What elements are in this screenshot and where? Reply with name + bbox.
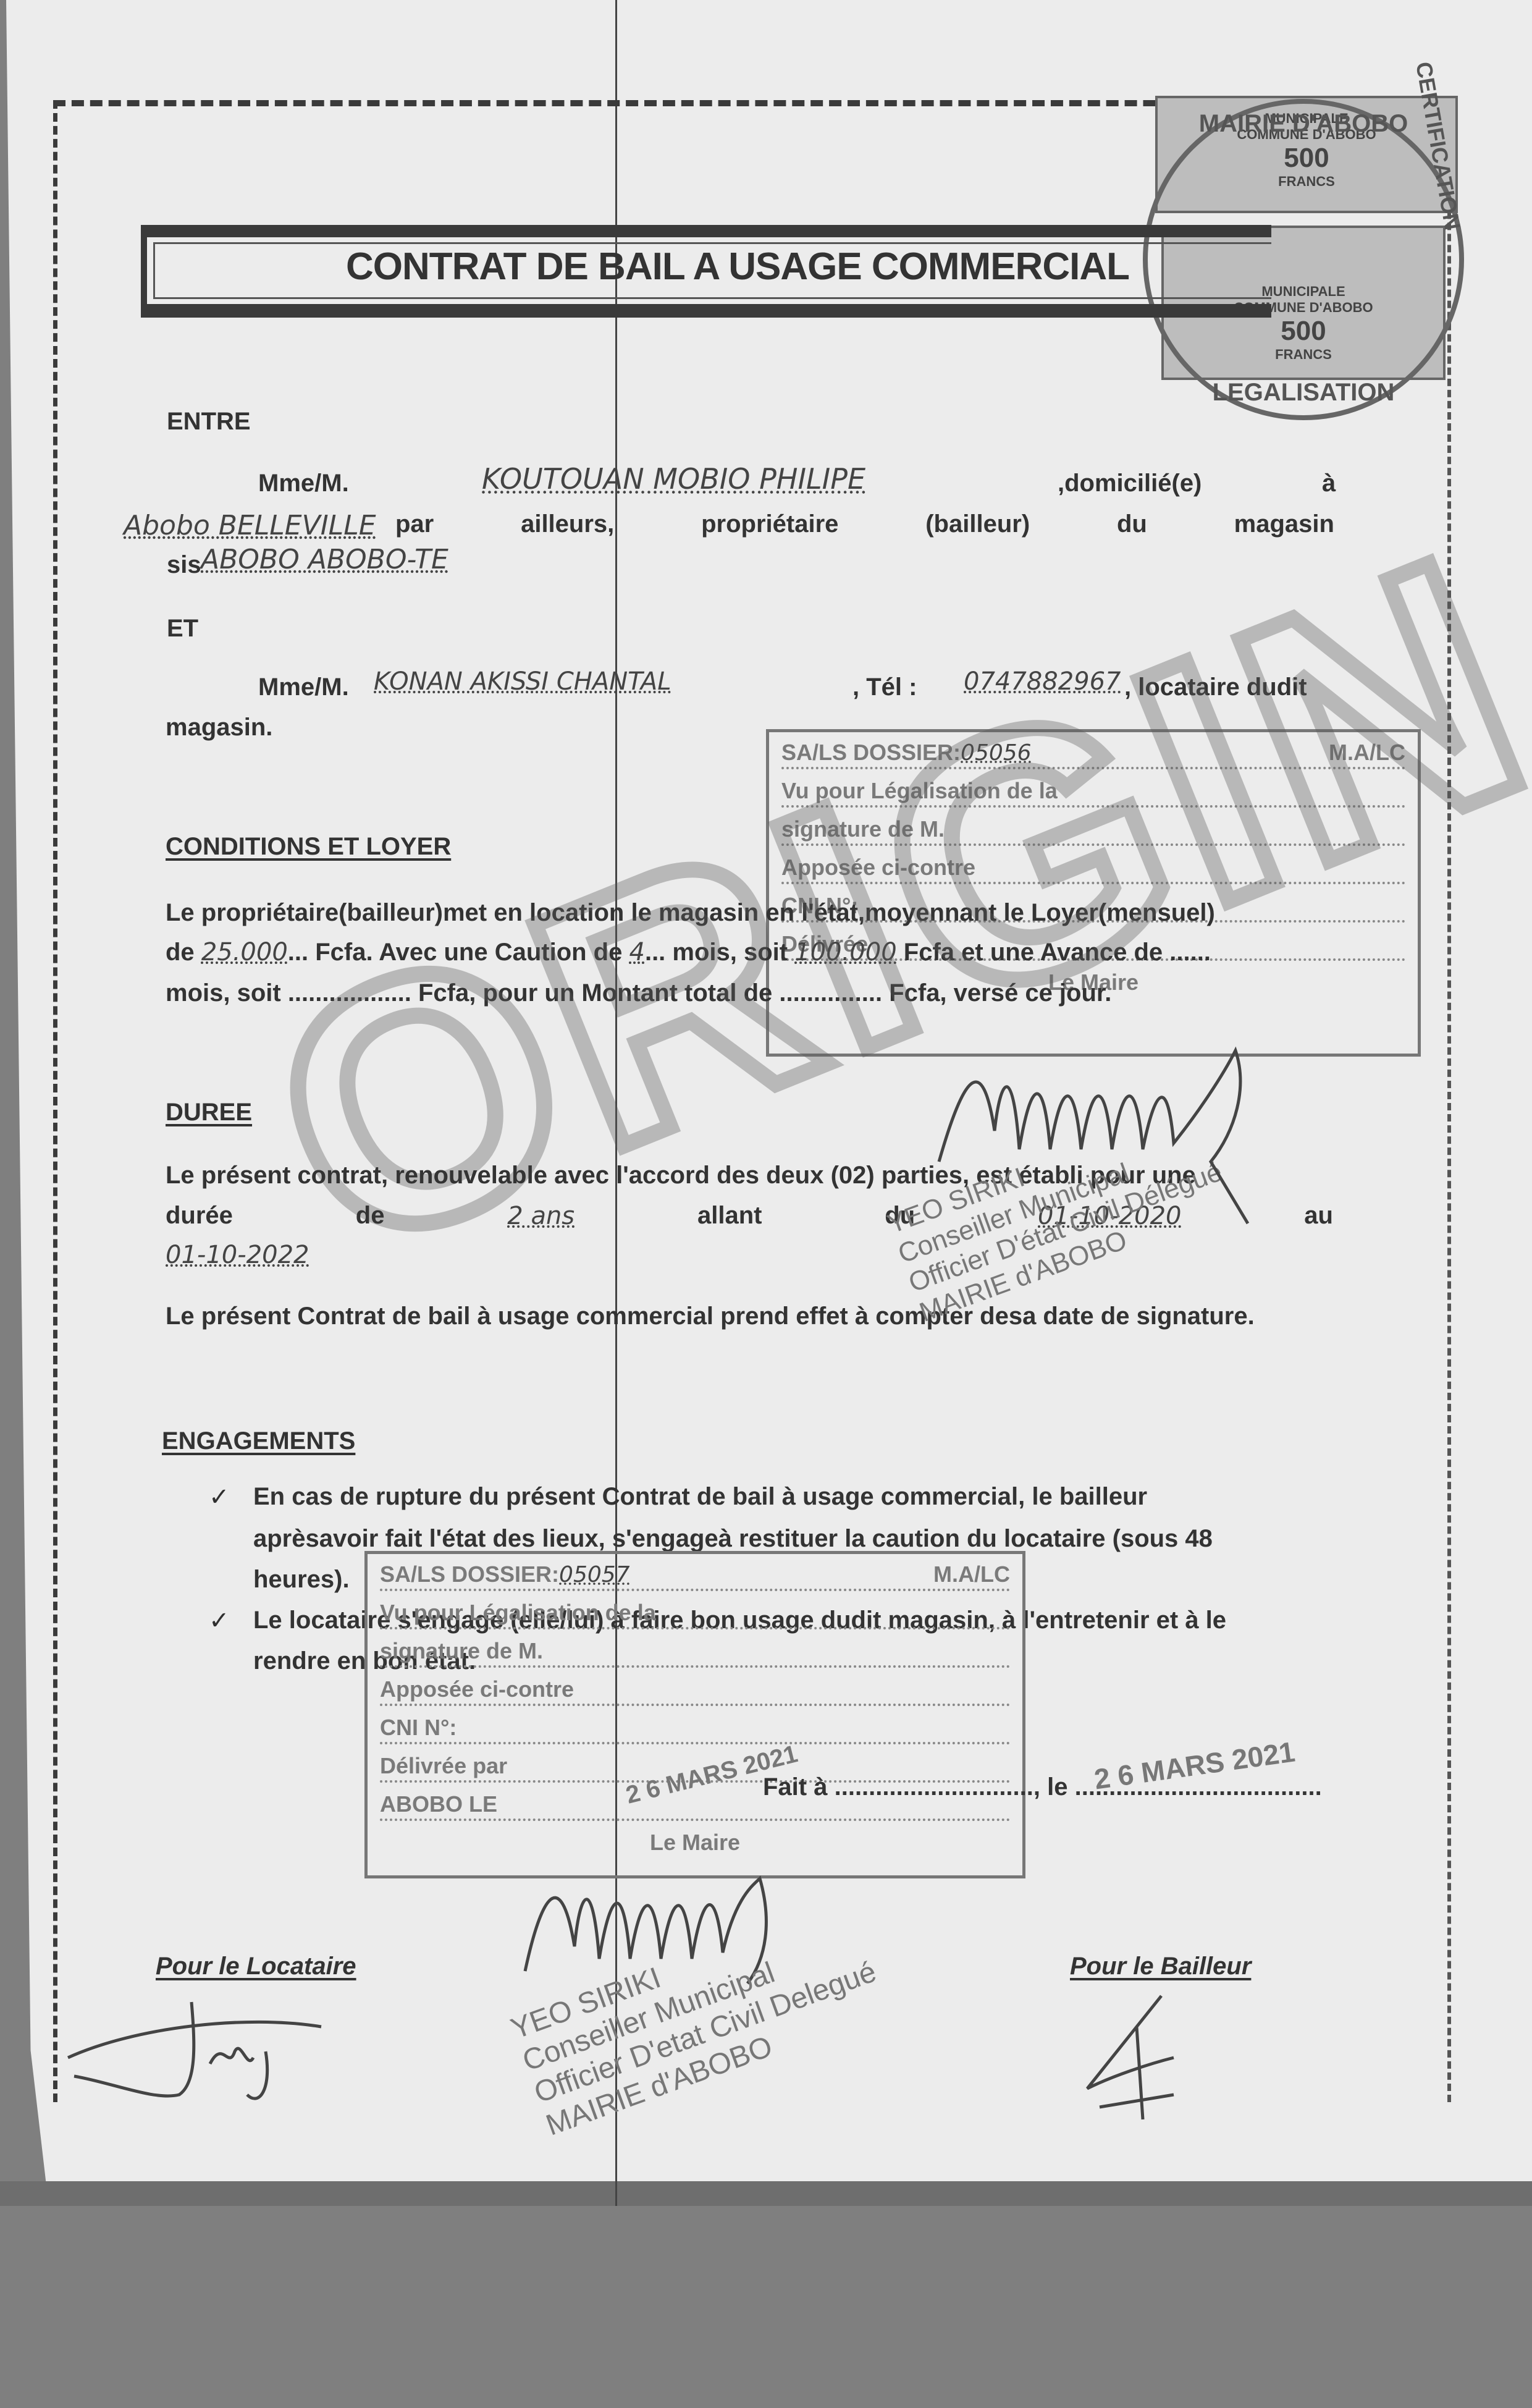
tenant-prefix: Mme/M. (258, 674, 349, 701)
end-date: 01-10-2022 (166, 1241, 309, 1269)
heading-and: ET (167, 615, 198, 643)
tenant-signature (62, 1990, 371, 2113)
landlord-name: KOUTOUAN MOBIO PHILIPE (482, 462, 865, 496)
commitment-1-line2: aprèsavoir fait l'état des lieux, s'enga… (253, 1525, 1213, 1553)
tenant-signature-label: Pour le Locataire (156, 1953, 356, 1980)
effect-line: Le présent Contrat de bail à usage comme… (166, 1303, 1255, 1330)
duration-value: 2 ans (507, 1202, 574, 1230)
shop-location-prefix: sis (167, 551, 201, 579)
check-icon: ✓ (209, 1483, 230, 1511)
landlord-signature (1075, 1990, 1198, 2126)
heading-commitments: ENGAGEMENTS (162, 1427, 355, 1455)
legalisation-stamp-2: SA/LS DOSSIER:05057 M.A/LC Vu pour Légal… (364, 1551, 1025, 1878)
shop-location: ABOBO ABOBO-TE (201, 544, 448, 575)
document-title: CONTRAT DE BAIL A USAGE COMMERCIAL (346, 245, 1273, 289)
landlord-domicile-label: ,domicilié(e) (1058, 470, 1202, 497)
landlord-prefix: Mme/M. (258, 470, 349, 497)
check-icon: ✓ (209, 1607, 230, 1635)
commitment-1-line1: En cas de rupture du présent Contrat de … (253, 1483, 1334, 1511)
tenant-name: KONAN AKISSI CHANTAL (374, 667, 671, 696)
signing-line: Fait à ............................., le… (763, 1773, 1322, 1801)
commitment-1-line3: heures). (253, 1566, 350, 1594)
landlord-signature-label: Pour le Bailleur (1070, 1953, 1251, 1980)
tenant-suffix2: magasin. (166, 714, 272, 741)
heading-duration: DUREE (166, 1099, 252, 1126)
landlord-domicile: Abobo BELLEVILLE (124, 510, 376, 541)
heading-between: ENTRE (167, 408, 251, 436)
mayor-signature-1 (927, 1038, 1273, 1236)
landlord-line2: par ailleurs, propriétaire (bailleur) du… (395, 510, 1334, 538)
landlord-domicile-a: à (1322, 470, 1336, 497)
scan-edge (0, 2181, 1532, 2206)
heading-conditions: CONDITIONS ET LOYER (166, 833, 451, 861)
